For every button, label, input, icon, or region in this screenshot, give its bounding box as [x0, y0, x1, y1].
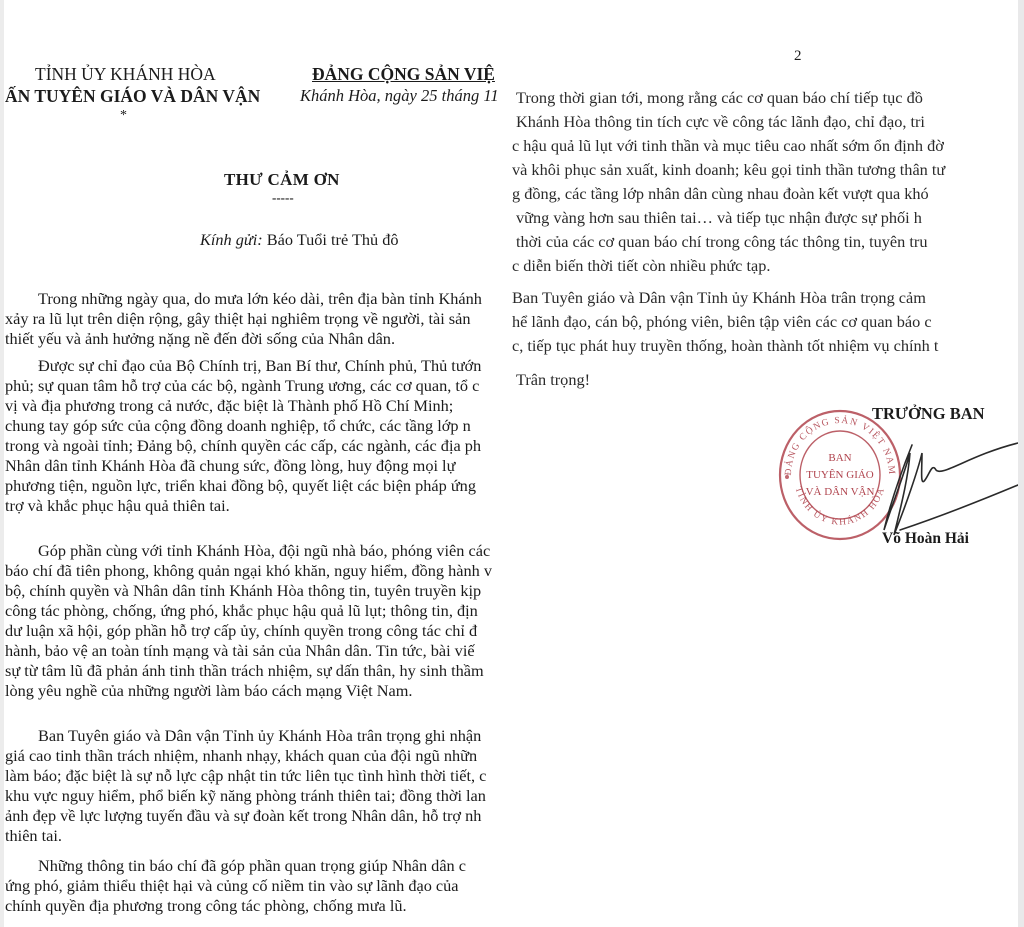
text-line: lòng yêu nghề của những người làm báo cá…	[5, 681, 412, 701]
text-line: phương tiện, nguồn lực, triển khai đồng …	[5, 476, 476, 496]
text-line: Trong thời gian tới, mong rằng các cơ qu…	[516, 88, 923, 108]
text-line: khu vực nguy hiểm, phổ biến kỹ năng phòn…	[5, 786, 486, 806]
text-line: dư luận xã hội, góp phần hỗ trợ cấp ủy, …	[5, 621, 477, 641]
letter-title: THƯ CẢM ƠN	[224, 170, 340, 190]
text-line: c, tiếp tục phát huy truyền thống, hoàn …	[512, 336, 938, 356]
text-line: trợ và khắc phục hậu quả thiên tai.	[5, 496, 230, 516]
text-line: giá cao tinh thần trách nhiệm, nhanh nhạ…	[5, 746, 477, 766]
party-name: ĐẢNG CỘNG SẢN VIỆ	[312, 64, 495, 84]
text-line: hành, bảo vệ an toàn tính mạng và tài sả…	[5, 641, 475, 661]
text-line: thiết yếu và ảnh hưởng nặng nề đến đời s…	[5, 329, 395, 349]
text-line: Nhân dân tỉnh Khánh Hòa đã chung sức, đồ…	[5, 456, 455, 476]
text-line: và khôi phục sản xuất, kinh doanh; kêu g…	[512, 160, 945, 180]
text-line: sự từ tâm lũ đã phản ánh tinh thần trách…	[5, 661, 484, 681]
org-department: ẤN TUYÊN GIÁO VÀ DÂN VẬN	[5, 86, 260, 106]
text-line: trong và ngoài tỉnh; Đảng bộ, chính quyề…	[5, 436, 481, 456]
text-line: Được sự chỉ đạo của Bộ Chính trị, Ban Bí…	[38, 356, 481, 376]
text-line: thiên tai.	[5, 826, 62, 846]
text-line: hể lãnh đạo, cán bộ, phóng viên, biên tậ…	[512, 312, 932, 332]
text-line: ứng phó, giảm thiểu thiệt hại và củng cố…	[5, 876, 459, 896]
text-line: Trân trọng!	[516, 370, 590, 390]
text-line: xảy ra lũ lụt trên diện rộng, gây thiệt …	[5, 309, 471, 329]
text-line: thời của các cơ quan báo chí trong công …	[516, 232, 927, 252]
text-line: Ban Tuyên giáo và Dân vận Tỉnh ủy Khánh …	[512, 288, 926, 308]
text-line: vị và địa phương trong cả nước, đặc biệt…	[5, 396, 453, 416]
text-line: Trong những ngày qua, do mưa lớn kéo dài…	[38, 289, 482, 309]
page-edge-shadow	[1018, 0, 1024, 927]
text-line: Những thông tin báo chí đã góp phần quan…	[38, 856, 466, 876]
text-line: c hậu quả lũ lụt với tinh thần và mục ti…	[512, 136, 944, 156]
signatory-name: Võ Hoàn Hải	[882, 530, 969, 548]
svg-text:BAN: BAN	[828, 452, 851, 464]
text-line: Góp phần cùng với tỉnh Khánh Hòa, đội ng…	[38, 541, 490, 561]
text-line: bộ, chính quyền và Nhân dân tỉnh Khánh H…	[5, 581, 481, 601]
text-line: báo chí đã tiên phong, không quản ngại k…	[5, 561, 492, 581]
page-number: 2	[794, 46, 802, 66]
signatory-title: TRƯỞNG BAN	[872, 404, 985, 424]
title-rule: -----	[272, 188, 294, 208]
text-line: công tác phòng, chống, ứng phó, khắc phụ…	[5, 601, 478, 621]
text-line: làm báo; đặc biệt là sự nỗ lực cập nhật …	[5, 766, 486, 786]
text-line: g đồng, các tầng lớp nhân dân cùng nhau …	[512, 184, 929, 204]
org-star: *	[120, 106, 127, 126]
salutation-recipient: Báo Tuổi trẻ Thủ đô	[263, 230, 399, 249]
document-date: Khánh Hòa, ngày 25 tháng 11	[300, 86, 499, 106]
text-line: Ban Tuyên giáo và Dân vận Tỉnh ủy Khánh …	[38, 726, 481, 746]
text-line: phủ; sự quan tâm hỗ trợ của các bộ, ngàn…	[5, 376, 479, 396]
text-line: vững vàng hơn sau thiên tai… và tiếp tục…	[516, 208, 922, 228]
org-name: TỈNH ỦY KHÁNH HÒA	[35, 64, 216, 84]
handwritten-signature-icon	[870, 425, 1020, 545]
text-line: chung tay góp sức của cộng đồng doanh ng…	[5, 416, 471, 436]
letter-page-1: TỈNH ỦY KHÁNH HÒA ẤN TUYÊN GIÁO VÀ DÂN V…	[0, 0, 512, 927]
text-line: chính quyền địa phương trong công tác ph…	[5, 896, 407, 916]
salutation-label: Kính gửi:	[200, 230, 263, 249]
text-line: c diễn biến thời tiết còn nhiều phức tạp…	[512, 256, 770, 276]
text-line: Khánh Hòa thông tin tích cực về công tác…	[516, 112, 925, 132]
text-line: ảnh đẹp về lực lượng tuyến đầu và sự đoà…	[5, 806, 481, 826]
svg-text:VÀ DÂN VẬN: VÀ DÂN VẬN	[806, 486, 875, 498]
salutation: Kính gửi: Báo Tuổi trẻ Thủ đô	[200, 230, 399, 250]
svg-text:TUYÊN GIÁO: TUYÊN GIÁO	[806, 469, 874, 481]
